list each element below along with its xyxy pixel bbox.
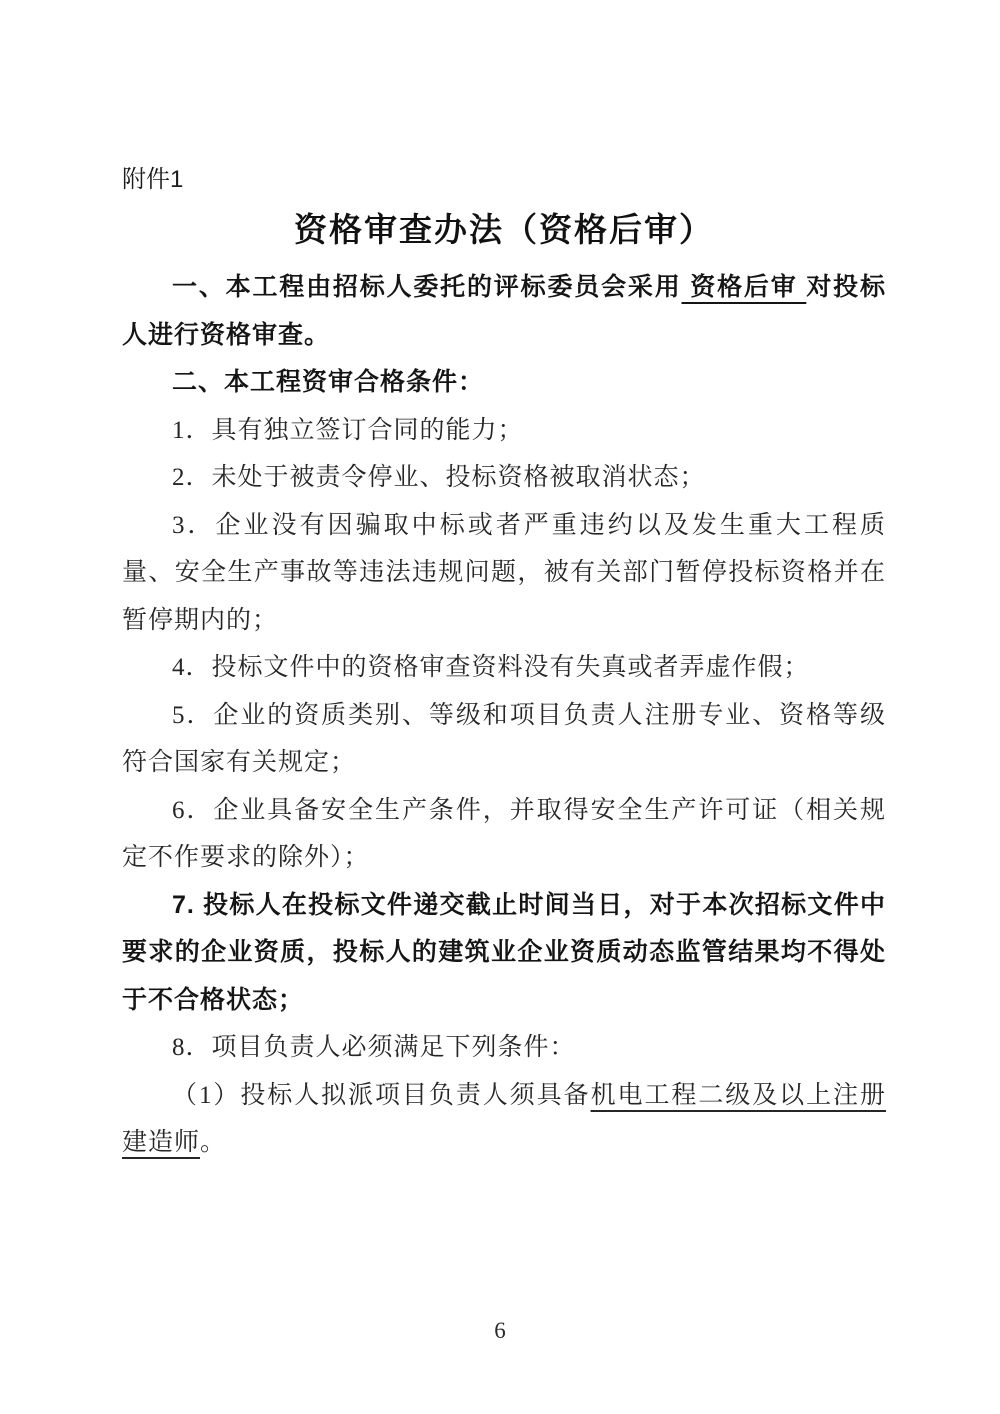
paragraph-item-8-sub-1: （1）投标人拟派项目负责人须具备机电工程二级及以上注册建造师。 [122, 1072, 886, 1167]
attachment-label: 附件1 [122, 162, 886, 198]
underlined-term-post-qualification: 资格后审 [682, 273, 807, 301]
document-page: 附件1 资格审查办法（资格后审） 一、本工程由招标人委托的评标委员会采用 资格后… [0, 0, 1000, 1414]
sub-1-text-before-underline: （1）投标人拟派项目负责人须具备 [172, 1082, 591, 1109]
page-number: 6 [0, 1318, 1000, 1344]
paragraph-item-1: 1．具有独立签订合同的能力； [122, 407, 886, 455]
paragraph-item-4: 4．投标文件中的资格审查资料没有失真或者弄虚作假； [122, 644, 886, 692]
intro-text-before-underline: 一、本工程由招标人委托的评标委员会采用 [172, 273, 682, 301]
sub-1-text-after-underline: 。 [200, 1129, 226, 1156]
paragraph-item-5: 5．企业的资质类别、等级和项目负责人注册专业、资格等级符合国家有关规定； [122, 692, 886, 787]
paragraph-item-8: 8．项目负责人必须满足下列条件： [122, 1024, 886, 1072]
paragraph-item-3: 3．企业没有因骗取中标或者严重违约以及发生重大工程质量、安全生产事故等违法违规问… [122, 502, 886, 645]
document-body: 一、本工程由招标人委托的评标委员会采用 资格后审 对投标人进行资格审查。 二、本… [122, 264, 886, 1167]
paragraph-item-7: 7. 投标人在投标文件递交截止时间当日，对于本次招标文件中要求的企业资质，投标人… [122, 882, 886, 1025]
document-title: 资格审查办法（资格后审） [122, 208, 886, 252]
paragraph-item-2: 2．未处于被责令停业、投标资格被取消状态； [122, 454, 886, 502]
paragraph-clause-2-heading: 二、本工程资审合格条件： [122, 359, 886, 407]
paragraph-item-6: 6．企业具备安全生产条件，并取得安全生产许可证（相关规定不作要求的除外）； [122, 787, 886, 882]
paragraph-intro-clause-1: 一、本工程由招标人委托的评标委员会采用 资格后审 对投标人进行资格审查。 [122, 264, 886, 359]
